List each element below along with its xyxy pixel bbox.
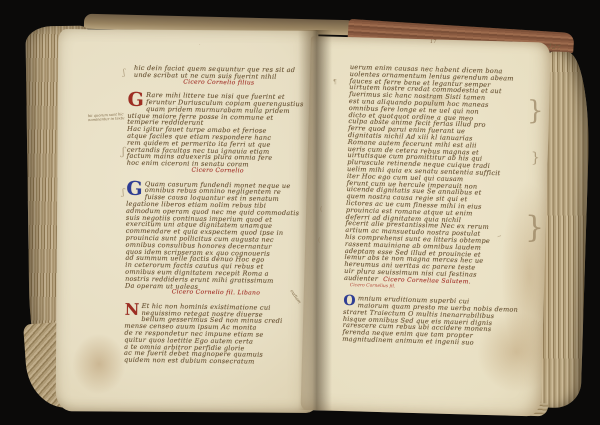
letter-2-lines: Quam casurum fundendi monet neque ue omn… xyxy=(125,180,299,291)
closing-lines: mnium eruditionum superbi cui maiorum qu… xyxy=(342,295,518,347)
decorated-initial-blue-o: O xyxy=(343,295,356,308)
closing-paragraph: Omnium eruditionum superbi cui maiorum q… xyxy=(342,288,529,348)
letter-paragraph-2: GQuam casurum fundendi monet neque ue om… xyxy=(125,173,309,291)
letter-1-lines: Rare mihi littere tue nisi que fuerint e… xyxy=(127,91,304,168)
manuscript-photo: hic dein faciat quem sequuntur que res s… xyxy=(0,0,600,425)
tail-word: audienter xyxy=(344,275,378,283)
letter-paragraph-1: GRare mihi littere tue nisi que fuerint … xyxy=(127,85,310,169)
decorated-initial-blue-g: G xyxy=(126,180,143,200)
right-page-lines: uerum enim causas nec habent dicem bona … xyxy=(344,64,536,280)
letter-3-lines: Et hic non hominis existimatione cui neq… xyxy=(124,302,283,366)
decorated-initial-red-n: N xyxy=(125,303,140,318)
left-page-text-column: hic dein faciat quem sequuntur que res s… xyxy=(124,65,310,367)
right-page-text-column: uerum enim causas nec habent dicem bona … xyxy=(342,64,536,348)
quire-mark: 17 xyxy=(430,39,436,45)
decorated-initial-red-g: G xyxy=(127,92,144,112)
letter-paragraph-3: NEt hic non hominis existimatione cui ne… xyxy=(124,296,307,367)
